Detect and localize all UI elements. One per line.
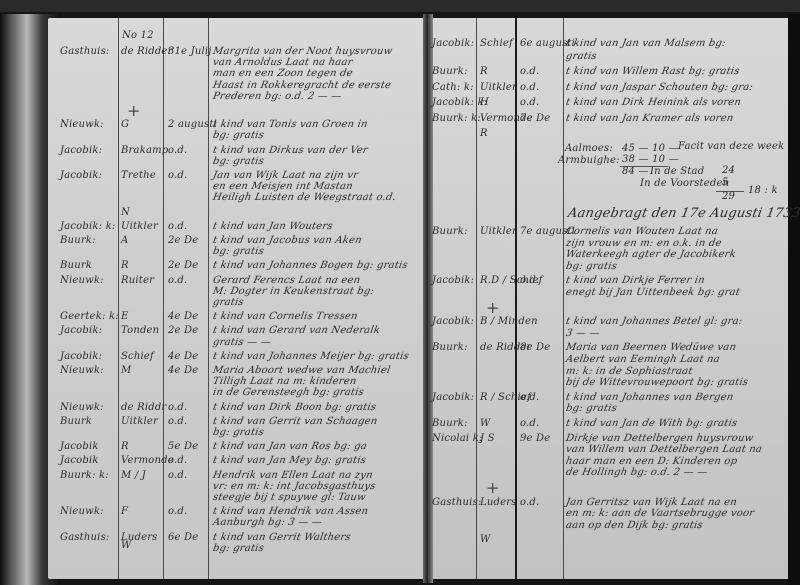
entry-text: t kind van Jan van Malsem bg: bbox=[565, 38, 727, 49]
church-name: Gasthuis: bbox=[432, 497, 481, 508]
burial-date: 9e De bbox=[520, 433, 550, 444]
bearer-mark: Tonden bbox=[121, 325, 159, 336]
entry-text: bg: gratis bbox=[212, 543, 265, 554]
entry-text: en een Meisjen int Mastan bbox=[212, 181, 354, 192]
entry-text: Jan van Wijk Laat na zijn vr bbox=[212, 170, 359, 181]
bearer-mark: Ruiter bbox=[121, 275, 154, 286]
entry-text: t kind van Dirkus van der Ver bbox=[212, 145, 369, 156]
bearer-mark: de Ridder bbox=[121, 46, 173, 57]
burial-date: o.d. bbox=[520, 418, 539, 429]
church-name: Jacobik bbox=[60, 441, 99, 452]
church-name: Jacobik: bbox=[432, 392, 474, 403]
column-rule bbox=[563, 18, 564, 579]
entry-text: t kind van Willem Rast bg: gratis bbox=[565, 66, 740, 77]
entry-text: van Arnoldus Laat na haar bbox=[212, 57, 353, 68]
bearer-mark: E bbox=[121, 311, 129, 322]
column-rule bbox=[163, 18, 164, 579]
burial-date: o.d. bbox=[168, 506, 187, 517]
tally-line-2-label: In de Voorsteden bbox=[640, 178, 729, 189]
entry-text: t kind van Jan Wouters bbox=[212, 221, 334, 232]
column-rule bbox=[208, 18, 209, 579]
entry-text: Waterkeegh agter de Jacobikerk bbox=[565, 249, 737, 260]
entry-text: t kind van Jan van Ros bg: ga bbox=[212, 441, 368, 452]
entry-text: t kind van Gerrit van Schaagen bbox=[212, 416, 378, 427]
entry-text: Jan Gerritsz van Wijk Laat na en bbox=[565, 497, 738, 508]
tally-line-2-value: 5 bbox=[722, 177, 729, 188]
bearer-mark: R bbox=[480, 66, 488, 77]
entry-text: t kind van Dirkje Ferrer in bbox=[565, 275, 706, 286]
entry-text: Gerard Ferencs Laat na een bbox=[212, 275, 361, 286]
entry-text: de Hollingh bg: o.d. 2 — — bbox=[565, 467, 708, 478]
church-name: Jacobik: k: bbox=[60, 221, 115, 232]
bearer-mark: F bbox=[121, 506, 128, 517]
church-name: Buurk: k: bbox=[432, 113, 481, 124]
church-name: Nieuwk: bbox=[60, 402, 104, 413]
entry-text: enegt bij Jan Uittenbeek bg: grat bbox=[565, 287, 741, 298]
entry-text: bg: gratis bbox=[212, 130, 265, 141]
cross-mark: + bbox=[486, 478, 500, 497]
entry-text: t kind van Gerard van Nederalk bbox=[212, 325, 381, 336]
entry-text: Tilligh Laat na m: kinderen bbox=[212, 376, 357, 387]
viewer-top-bar bbox=[0, 0, 800, 12]
church-name: Buurk: bbox=[432, 342, 468, 353]
entry-text: aan op den Dijk bg: gratis bbox=[565, 520, 704, 531]
burial-date: 4e De bbox=[168, 351, 198, 362]
tally-note-title: Facit van deze week bbox=[678, 141, 784, 152]
entry-text: Maria Aboort wedwe van Machiel bbox=[212, 365, 391, 376]
bearer-mark: M bbox=[121, 365, 131, 376]
column-rule bbox=[118, 18, 119, 579]
entry-text: t kind van Johannes van Bergen bbox=[565, 392, 734, 403]
church-name: Gasthuis: bbox=[60, 532, 109, 543]
church-name: Jacobik: bbox=[60, 325, 102, 336]
entry-text: Cornelis van Wouten Laat na bbox=[565, 226, 719, 237]
burial-date: 6e De bbox=[168, 532, 198, 543]
entry-text: gratis — — bbox=[212, 337, 272, 348]
entry-text: man en een Zoon tegen de bbox=[212, 68, 354, 79]
section-heading: Aangebragt den 17e Augusti 1733 bbox=[567, 206, 800, 221]
entry-text: en m: k: aan de Vaartsebrugge voor bbox=[565, 508, 755, 519]
burial-date: 31e Julij bbox=[168, 46, 212, 57]
church-name: Jacobik: bbox=[60, 145, 102, 156]
bearer-mark: W bbox=[121, 540, 131, 551]
entry-text: vr: en m: k: int Jacobsgasthuys bbox=[212, 481, 376, 492]
entry-text: in de Gerensteegh bg: gratis bbox=[212, 387, 365, 398]
burial-date: 2e De bbox=[168, 325, 198, 336]
church-name: Buurk bbox=[60, 416, 92, 427]
burial-date: 4e De bbox=[168, 365, 198, 376]
church-name: Jacobik: bbox=[432, 275, 474, 286]
entry-text: t kind van Jan Kramer als voren bbox=[565, 113, 734, 124]
entry-text: van Willem van Dettelbergen Laat na bbox=[565, 444, 763, 455]
burial-date: 2e De bbox=[168, 260, 198, 271]
burial-date: o.d. bbox=[168, 170, 187, 181]
entry-text: bg: gratis bbox=[565, 403, 618, 414]
church-name: Nieuwk: bbox=[60, 365, 104, 376]
entry-text: bg: gratis bbox=[212, 246, 265, 257]
entry-text: bij de Wittevrouwepoort bg: gratis bbox=[565, 377, 749, 388]
cross-mark: + bbox=[127, 101, 141, 120]
church-name: Jacobik: bbox=[60, 351, 102, 362]
burial-date: o.d. bbox=[520, 497, 539, 508]
bearer-mark: Uitkler bbox=[480, 82, 517, 93]
church-name: Jacobik: bbox=[432, 316, 474, 327]
tally-value-a: 45 — 10 — bbox=[622, 143, 679, 154]
entry-text: Prederen bg: o.d. 2 — — bbox=[212, 91, 342, 102]
bearer-mark: R bbox=[480, 128, 488, 139]
church-name: Jacobik: bbox=[60, 170, 102, 181]
church-name: Buurk bbox=[60, 260, 92, 271]
folio-number: No 12 bbox=[122, 30, 154, 41]
bearer-mark: A bbox=[121, 235, 128, 246]
entry-text: m: k: in de Sophiastraat bbox=[565, 366, 693, 377]
church-name: Buurk: k: bbox=[60, 470, 109, 481]
entry-text: Maria van Beernen Wedüwe van bbox=[565, 342, 737, 353]
entry-text: t kind van Johannes Meijer bg: gratis bbox=[212, 351, 410, 362]
entry-text: t kind van Dirk Boon bg: gratis bbox=[212, 402, 377, 413]
entry-text: gratis bbox=[212, 297, 245, 308]
burial-date: 2 augusti bbox=[168, 119, 217, 130]
bearer-mark: H bbox=[480, 97, 489, 108]
church-name: Jacobik bbox=[60, 455, 99, 466]
church-name: Buurk: bbox=[60, 235, 96, 246]
entry-text: t kind van Tonis van Groen in bbox=[212, 119, 369, 130]
church-name: Gasthuis: bbox=[60, 46, 109, 57]
bearer-mark: R bbox=[121, 441, 129, 452]
burial-date: o.d. bbox=[520, 82, 539, 93]
entry-text: t kind van Jacobus van Aken bbox=[212, 235, 363, 246]
entry-text: bg: gratis bbox=[212, 156, 265, 167]
bearer-mark: R bbox=[121, 260, 129, 271]
entry-text: t kind van Jaspar Schouten bg: gra: bbox=[565, 82, 754, 93]
burial-date: o.d. bbox=[520, 392, 539, 403]
tally-total: 29 bbox=[722, 191, 735, 202]
entry-text: Haast in Rokkeregracht de eerste bbox=[212, 80, 392, 91]
entry-text: Aanburgh bg: 3 — — bbox=[212, 517, 323, 528]
church-name: Nieuwk: bbox=[60, 506, 104, 517]
entry-text: Aelbert van Eemingh Laat na bbox=[565, 354, 721, 365]
church-name: Cath: k: bbox=[432, 82, 474, 93]
church-name: Nieuwk: bbox=[60, 275, 104, 286]
cross-mark: + bbox=[486, 298, 500, 317]
entry-text: bg: gratis bbox=[565, 261, 618, 272]
church-name: Jacobik: bbox=[432, 38, 474, 49]
entry-text: t kind van Dirk Heinink als voren bbox=[565, 97, 742, 108]
entry-text: t kind van Jan de With bg: gratis bbox=[565, 418, 738, 429]
bearer-mark: Uitkler bbox=[121, 416, 158, 427]
tally-total-suffix: 18 : k bbox=[748, 185, 778, 196]
burial-date: o.d. bbox=[520, 97, 539, 108]
burial-date: 8e De bbox=[520, 342, 550, 353]
bearer-mark: W bbox=[480, 418, 490, 429]
burial-date: o.d. bbox=[168, 416, 187, 427]
bearer-mark: Vermonde bbox=[121, 455, 174, 466]
bearer-mark: M / J bbox=[121, 470, 146, 481]
burial-date: o.d. bbox=[520, 66, 539, 77]
bearer-mark: B / Minden bbox=[480, 316, 538, 327]
tally-label-a: Aalmoes: bbox=[565, 143, 613, 154]
column-rule bbox=[428, 18, 429, 579]
burial-date: 2e De bbox=[168, 235, 198, 246]
entry-text: zijn vrouw en m: en o.k. in de bbox=[565, 238, 722, 249]
burial-date: o.d. bbox=[168, 145, 187, 156]
entry-text: 3 — — bbox=[565, 328, 601, 339]
burial-date: o.d. bbox=[168, 470, 187, 481]
burial-date: o.d. bbox=[168, 275, 187, 286]
burial-date: 5e De bbox=[168, 441, 198, 452]
document-scan: No 12 Gasthuis:de Ridder31e JulijMargrit… bbox=[0, 0, 800, 585]
entry-text: t kind van Hendrik van Assen bbox=[212, 506, 369, 517]
entry-text: steegje bij t spuywe gl: Tauw bbox=[212, 492, 367, 503]
entry-text: bg: gratis bbox=[212, 427, 265, 438]
entry-text: M: Dogter in Keukenstraat bg: bbox=[212, 286, 375, 297]
church-name: Nieuwk: bbox=[60, 119, 104, 130]
church-name: Buurk: bbox=[432, 66, 468, 77]
bearer-mark: N bbox=[121, 207, 130, 218]
tally-subtotal: 84 — bbox=[622, 166, 649, 177]
tally-line-1-label: In de Stad bbox=[650, 166, 704, 177]
bearer-mark: Schief bbox=[480, 38, 513, 49]
bearer-mark: Uitkler bbox=[480, 226, 517, 237]
church-name: Buurk: bbox=[432, 226, 468, 237]
church-name: Nicolai k: bbox=[432, 433, 483, 444]
bearer-mark: J S bbox=[480, 433, 495, 444]
tally-line-1-value: 24 bbox=[722, 165, 735, 176]
page-edge bbox=[788, 14, 800, 585]
church-name: Geertek: k: bbox=[60, 311, 119, 322]
entry-text: t kind van Johannes Bogen bg: gratis bbox=[212, 260, 409, 271]
column-rule bbox=[515, 18, 517, 579]
church-name: Buurk: bbox=[432, 418, 468, 429]
burial-date: o.d. bbox=[520, 275, 539, 286]
burial-date: o.d. bbox=[168, 221, 187, 232]
entry-text: t kind van Cornelis Tressen bbox=[212, 311, 359, 322]
entry-text: gratis bbox=[565, 51, 598, 62]
entry-text: t kind van Gerrit Walthers bbox=[212, 532, 352, 543]
bearer-mark: de Riddr bbox=[121, 402, 166, 413]
entry-text: Margrita van der Noot huysvrouw bbox=[212, 46, 393, 57]
burial-date: 7e De bbox=[520, 113, 550, 124]
bearer-mark: Luders bbox=[480, 497, 517, 508]
burial-date: 4e De bbox=[168, 311, 198, 322]
tally-value-b: 38 — 10 — bbox=[622, 154, 679, 165]
entry-text: t kind van Johannes Betel gl: gra: bbox=[565, 316, 743, 327]
bearer-mark: W bbox=[480, 534, 490, 545]
bearer-mark: Brakamp bbox=[121, 145, 168, 156]
bearer-mark: Schief bbox=[121, 351, 154, 362]
entry-text: Heiligh Luisten de Weegstraat o.d. bbox=[212, 192, 397, 203]
bearer-mark: Trethe bbox=[121, 170, 156, 181]
entry-text: t kind van Jan Mey bg: gratis bbox=[212, 455, 367, 466]
entry-text: Dirkje van Dettelbergen huysvrouw bbox=[565, 433, 754, 444]
entry-text: haar man en een D: Kinderen op bbox=[565, 456, 738, 467]
burial-date: o.d. bbox=[168, 402, 187, 413]
bearer-mark: G bbox=[121, 119, 129, 130]
tally-label-b: Armbuighe: bbox=[558, 155, 620, 166]
entry-text: Hendrik van Ellen Laat na zyn bbox=[212, 470, 374, 481]
bearer-mark: Uitkler bbox=[121, 221, 158, 232]
burial-date: o.d. bbox=[168, 455, 187, 466]
